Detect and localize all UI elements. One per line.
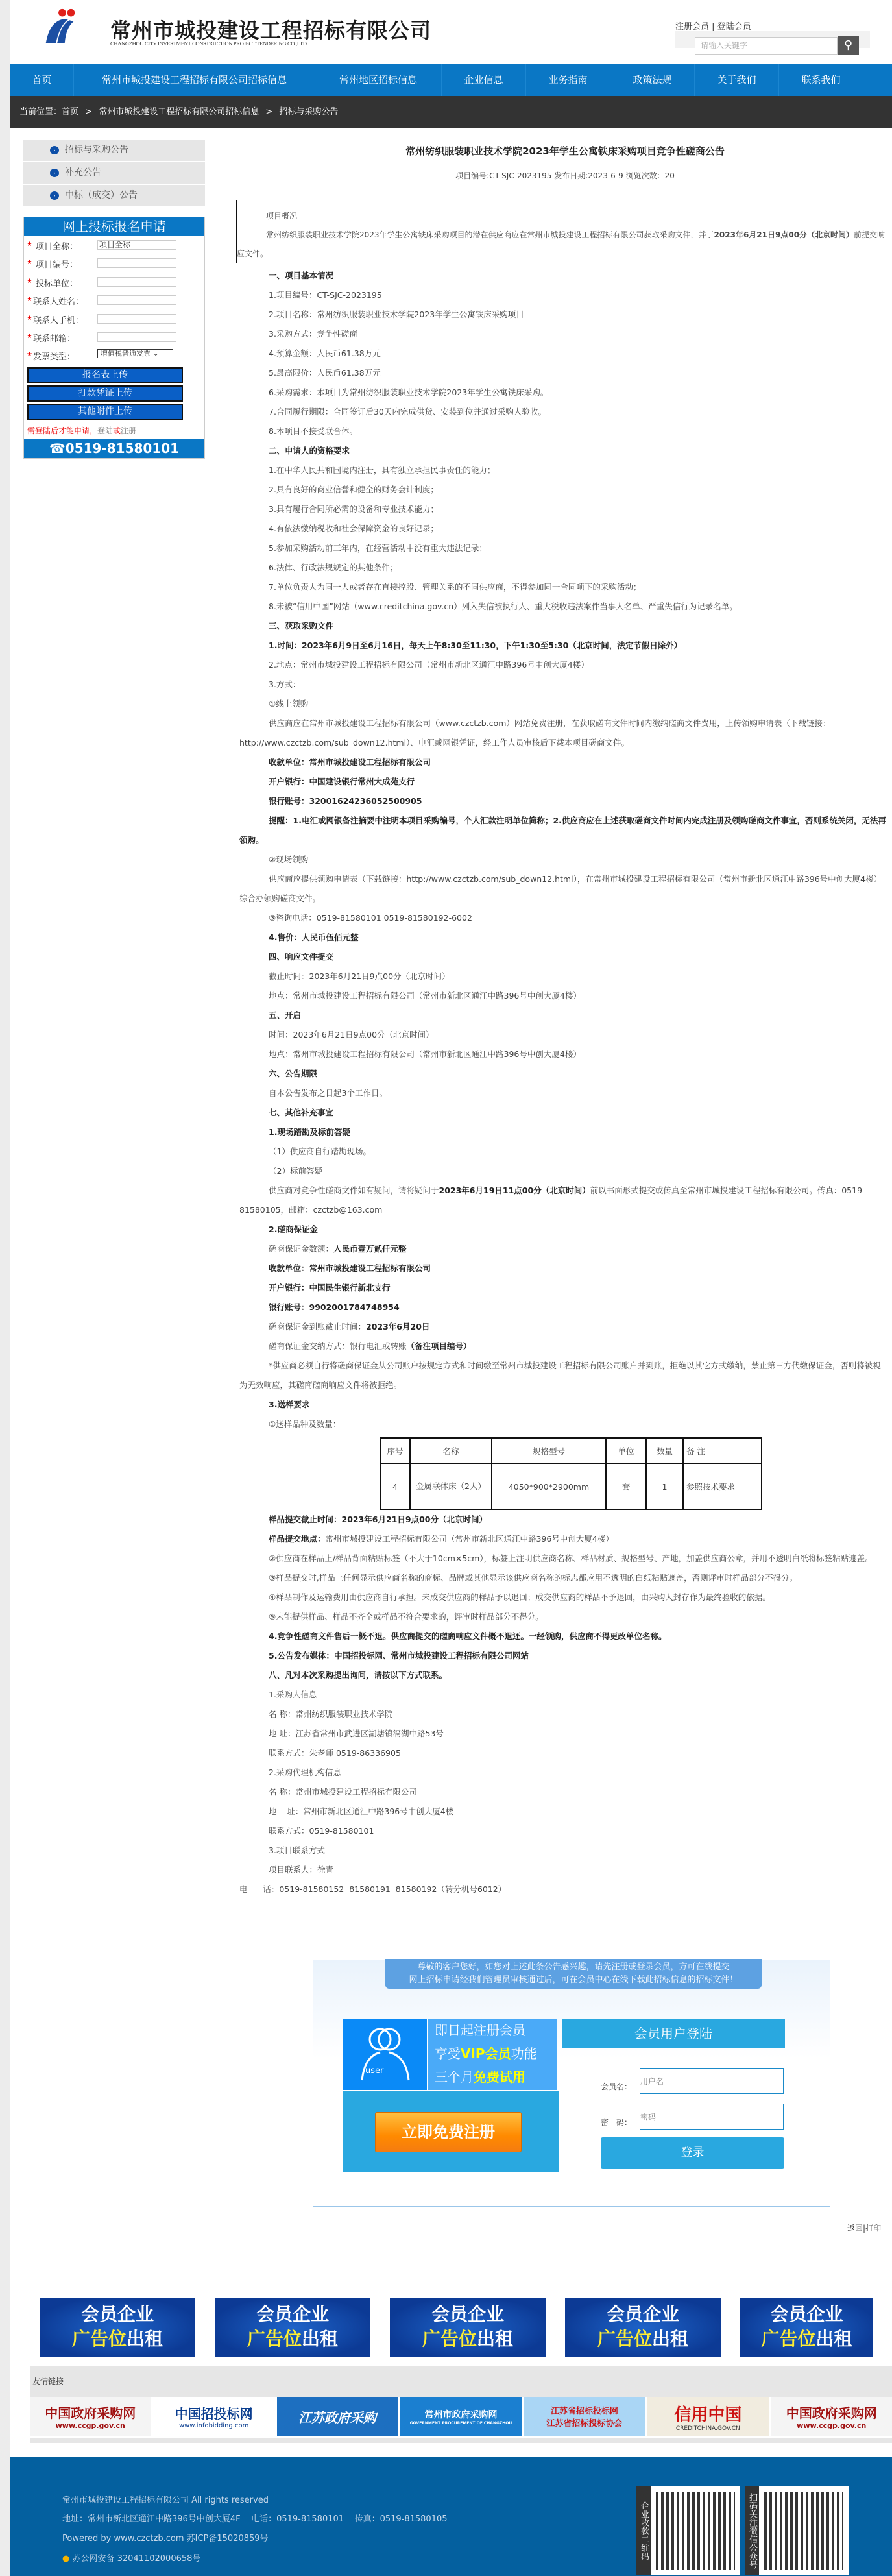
username-label: 会员名： xyxy=(601,2081,632,2092)
svg-text:user: user xyxy=(365,2066,384,2076)
sidebar-item-tender-notice[interactable]: ›招标与采购公告 xyxy=(23,140,205,161)
upload-registration-button[interactable]: 报名表上传 xyxy=(27,367,183,383)
search-button[interactable]: ⚲ xyxy=(838,36,859,55)
note-register-link[interactable]: 注册 xyxy=(121,426,136,435)
link-creditchina[interactable]: 信用中国CREDITCHINA.GOV.CN xyxy=(647,2397,768,2436)
ad-banner[interactable]: 会员企业广告位出租 xyxy=(390,2298,546,2357)
article-body: 一、项目基本情况 1.项目编号：CT-SJC-2023195 2.项目名称：常州… xyxy=(239,266,888,1899)
friendly-links-footer xyxy=(30,2438,892,2443)
search-icon: ⚲ xyxy=(844,38,852,52)
section-heading: 五、开启 xyxy=(269,1010,301,1020)
section-heading: 七、其他补充事宜 xyxy=(269,1108,333,1117)
friendly-links: 中国政府采购网www.ccgp.gov.cn 中国招投标网www.infobid… xyxy=(30,2397,892,2438)
separator: | xyxy=(712,22,714,32)
sidebar-item-award[interactable]: ›中标（成交）公告 xyxy=(23,185,205,206)
breadcrumb-company-tenders[interactable]: 常州市城投建设工程招标有限公司招标信息 xyxy=(99,107,259,117)
field-project-name: ★项目全称：项目全称 xyxy=(24,236,204,254)
breadcrumb: 当前位置：首页 > 常州市城投建设工程招标有限公司招标信息 > 招标与采购公告 xyxy=(10,96,892,128)
project-name-input[interactable]: 项目全称 xyxy=(97,240,176,250)
article-actions: 返回|打印 xyxy=(847,2222,881,2233)
nav-home[interactable]: 首页 xyxy=(10,64,74,96)
email-input[interactable] xyxy=(97,332,176,342)
qr-code-icon xyxy=(656,2492,735,2570)
breadcrumb-current[interactable]: 招标与采购公告 xyxy=(279,107,338,117)
login-link[interactable]: 登陆会员 xyxy=(717,22,751,32)
link-jiangsu-procurement[interactable]: 江苏政府采购 xyxy=(277,2397,398,2436)
login-required-note: 需登陆后才能申请，登陆或注册 xyxy=(24,420,204,439)
field-bidder: ★投标单位： xyxy=(24,273,204,291)
overview-heading: 项目概况 xyxy=(237,207,892,226)
ad-banner[interactable]: 会员企业广告位出租 xyxy=(40,2298,195,2357)
required-star-icon: ★ xyxy=(27,278,32,285)
required-star-icon: ★ xyxy=(27,259,32,266)
police-badge-icon: ● xyxy=(62,2554,69,2564)
section-heading: 三、获取采购文件 xyxy=(269,621,333,631)
section-heading: 六、公告期限 xyxy=(269,1069,317,1078)
friendly-links-title: 友情链接 xyxy=(30,2366,892,2397)
back-link[interactable]: 返回 xyxy=(847,2224,863,2233)
free-register-button[interactable]: 立即免费注册 xyxy=(375,2112,522,2152)
upload-attachments-button[interactable]: 其他附件上传 xyxy=(27,404,183,420)
chevron-right-icon: › xyxy=(50,146,59,154)
ad-banner[interactable]: 会员企业广告位出租 xyxy=(565,2298,721,2357)
required-star-icon: ★ xyxy=(27,315,32,322)
field-email: ★联系邮箱： xyxy=(24,328,204,346)
required-star-icon: ★ xyxy=(27,241,32,248)
vip-promo: user 即日起注册会员 享受VIP会员功能 三个月免费试用 xyxy=(343,2019,557,2090)
field-project-no: ★项目编号： xyxy=(24,254,204,273)
promo-text: 即日起注册会员 享受VIP会员功能 三个月免费试用 xyxy=(427,2019,557,2090)
payment-qr: 企业收款二维码 xyxy=(636,2486,740,2575)
username-input[interactable]: 用户名 xyxy=(640,2068,784,2094)
table-header-row: 序号 名称 规格型号 单位 数量 备 注 xyxy=(380,1438,762,1464)
nav-enterprise-info[interactable]: 企业信息 xyxy=(442,64,526,96)
login-title: 会员用户登陆 xyxy=(562,2019,785,2048)
chevron-right-icon: › xyxy=(50,191,59,200)
company-logo-icon xyxy=(18,6,102,45)
sidebar-menu: ›招标与采购公告 ›补充公告 ›中标（成交）公告 xyxy=(23,140,205,208)
password-label: 密 码： xyxy=(601,2117,632,2128)
search-input[interactable]: 请输入关键字 xyxy=(695,37,838,55)
main-nav: 首页 常州市城投建设工程招标有限公司招标信息 常州地区招标信息 企业信息 业务指… xyxy=(10,64,892,96)
link-ccgp[interactable]: 中国政府采购网www.ccgp.gov.cn xyxy=(30,2397,151,2436)
article-meta: 项目编号:CT-SJC-2023195 发布日期:2023-6-9 浏览次数：2… xyxy=(231,170,892,181)
required-star-icon: ★ xyxy=(27,333,32,340)
overview-text: 常州纺织服装职业技术学院2023年学生公寓铁床采购项目的潜在供应商应在常州市城投… xyxy=(237,226,892,263)
search-box: 请输入关键字 ⚲ xyxy=(675,31,870,48)
project-overview-box: 项目概况 常州纺织服装职业技术学院2023年学生公寓铁床采购项目的潜在供应商应在… xyxy=(236,200,892,263)
top-links: 注册会员 | 登陆会员 xyxy=(675,19,751,32)
field-invoice-type: ★发票类型：增值税普通发票 ⌄ xyxy=(24,346,204,365)
ad-banner[interactable]: 会员企业广告位出租 xyxy=(740,2298,873,2357)
password-input[interactable]: 密码 xyxy=(640,2104,784,2130)
breadcrumb-home[interactable]: 首页 xyxy=(62,107,78,117)
nav-about[interactable]: 关于我们 xyxy=(695,64,779,96)
sample-table: 序号 名称 规格型号 单位 数量 备 注 4 金属联体床（2人） 4050*90… xyxy=(380,1437,762,1510)
article-title: 常州纺织服装职业技术学院2023年学生公寓铁床采购项目竞争性磋商公告 xyxy=(231,144,892,158)
user-icon: user xyxy=(343,2019,427,2090)
note-login-link[interactable]: 登陆 xyxy=(97,426,113,435)
section-heading: 一、项目基本情况 xyxy=(269,271,333,280)
nav-regional-tenders[interactable]: 常州地区招标信息 xyxy=(315,64,442,96)
invoice-type-select[interactable]: 增值税普通发票 ⌄ xyxy=(97,349,173,358)
bid-application-form: 网上投标报名申请 ★项目全称：项目全称 ★项目编号： ★投标单位： ★联系人姓名… xyxy=(23,217,205,459)
required-star-icon: ★ xyxy=(27,351,32,358)
chevron-right-icon: › xyxy=(50,169,59,177)
qr-code-icon xyxy=(764,2492,843,2570)
member-login-panel: 会员用户登陆 会员名： 用户名 密 码： 密码 登录 xyxy=(562,2019,785,2048)
project-no-input[interactable] xyxy=(97,258,176,268)
nav-policies[interactable]: 政策法规 xyxy=(610,64,695,96)
ad-banner[interactable]: 会员企业广告位出租 xyxy=(215,2298,370,2357)
nav-company-tenders[interactable]: 常州市城投建设工程招标有限公司招标信息 xyxy=(74,64,315,96)
upload-payment-button[interactable]: 打款凭证上传 xyxy=(27,385,183,402)
page: 常州市城投建设工程招标有限公司 CHANGZHOU CITY INVESTMEN… xyxy=(10,0,892,2576)
footer: 常州市城投建设工程招标有限公司 All rights reserved 地址：常… xyxy=(10,2457,892,2576)
field-contact-mobile: ★联系人手机： xyxy=(24,310,204,328)
breadcrumb-prefix: 当前位置： xyxy=(19,107,62,117)
chevron-down-icon: ⌄ xyxy=(153,349,159,358)
link-changzhou-procurement[interactable]: 常州市政府采购网GOVERNMENT PROCUREMENT OF CHANGZ… xyxy=(400,2397,521,2436)
nav-contact[interactable]: 联系我们 xyxy=(779,64,863,96)
login-button[interactable]: 登录 xyxy=(601,2137,784,2169)
footer-powered[interactable]: Powered by www.czctzb.com 苏ICP备15020859号 xyxy=(62,2531,269,2544)
link-infobidding[interactable]: 中国招投标网www.infobidding.com xyxy=(153,2397,274,2436)
contact-name-input[interactable] xyxy=(97,295,176,305)
footer-police[interactable]: ● 苏公网安备 32041102000658号 xyxy=(62,2551,200,2564)
member-notice-banner: 尊敬的客户您好，如您对上述此条公告感兴趣，请先注册或登录会员，方可在线提交 网上… xyxy=(385,1959,762,1989)
register-area: 立即免费注册 xyxy=(343,2091,559,2172)
section-heading: 八、凡对本次采购提出询问，请按以下方式联系。 xyxy=(269,1670,447,1680)
required-star-icon: ★ xyxy=(27,296,32,303)
breadcrumb-sep: > xyxy=(265,107,272,117)
footer-address: 地址：常州市新北区通江中路396号中创大厦4F 电话：0519-81580101… xyxy=(62,2512,448,2524)
contact-mobile-input[interactable] xyxy=(97,314,176,324)
sidebar-item-supplementary[interactable]: ›补充公告 xyxy=(23,162,205,184)
link-jiangsu-tendering[interactable]: 江苏省招标投标网江苏省招标投标协会 xyxy=(524,2397,645,2436)
ad-banners: 会员企业广告位出租 会员企业广告位出租 会员企业广告位出租 会员企业广告位出租 … xyxy=(40,2298,873,2357)
register-link[interactable]: 注册会员 xyxy=(675,22,709,32)
field-contact-name: ★联系人姓名： xyxy=(24,291,204,310)
print-link[interactable]: 打印 xyxy=(865,2224,881,2233)
bidder-input[interactable] xyxy=(97,277,176,287)
section-heading: 二、申请人的资格要求 xyxy=(269,446,350,456)
nav-business-guide[interactable]: 业务指南 xyxy=(526,64,610,96)
company-name-en: CHANGZHOU CITY INVESTMENT CONSTRUCTION P… xyxy=(110,40,307,47)
breadcrumb-sep: > xyxy=(85,107,92,117)
link-ccgp[interactable]: 中国政府采购网www.ccgp.gov.cn xyxy=(771,2397,892,2436)
hotline: ☎0519-81580101 xyxy=(24,439,204,458)
form-title: 网上投标报名申请 xyxy=(24,217,204,236)
footer-copyright: 常州市城投建设工程招标有限公司 All rights reserved xyxy=(62,2493,269,2505)
section-heading: 四、响应文件提交 xyxy=(269,952,333,962)
table-row: 4 金属联体床（2人） 4050*900*2900mm 套 1 参照技术要求 xyxy=(380,1464,762,1509)
wechat-qr: 扫码关注微信公众号 xyxy=(745,2486,849,2575)
